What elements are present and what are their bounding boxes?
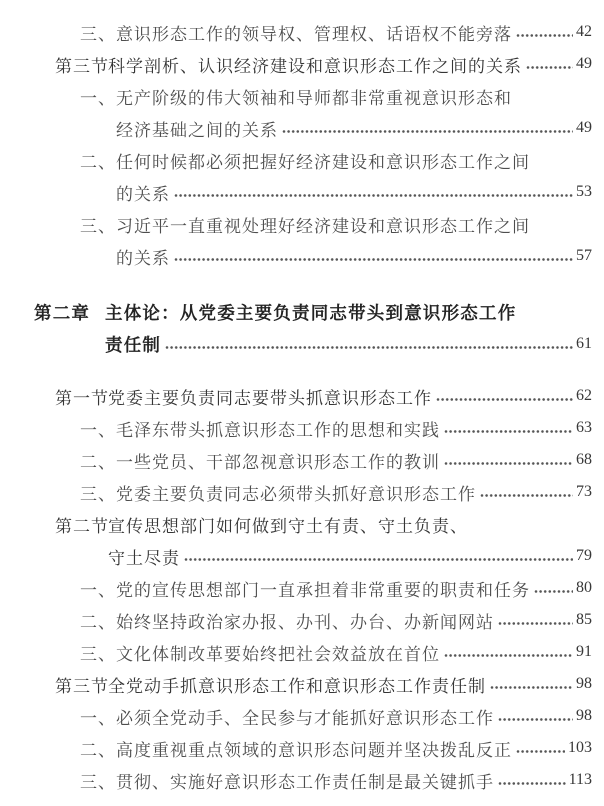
entry-text: 的关系 bbox=[116, 180, 170, 205]
dot-leader bbox=[174, 194, 573, 197]
dot-leader bbox=[184, 558, 573, 561]
entry-number: 三、 bbox=[80, 640, 116, 665]
dot-leader bbox=[498, 622, 573, 625]
entry-number: 二、 bbox=[80, 448, 116, 473]
entry-text: 的关系 bbox=[116, 244, 170, 269]
toc-item-line: 的关系57 bbox=[0, 240, 604, 272]
entry-text: 必须全党动手、全民参与才能抓好意识形态工作 bbox=[116, 704, 494, 729]
entry-text: 高度重视重点领域的意识形态问题并坚决拨乱反正 bbox=[116, 736, 512, 761]
entry-label: 第三节 bbox=[55, 52, 108, 77]
dot-leader bbox=[444, 430, 573, 433]
page-number: 68 bbox=[576, 451, 592, 469]
entry-label: 第二节 bbox=[55, 512, 108, 537]
page-number: 103 bbox=[568, 739, 592, 757]
dot-leader bbox=[534, 590, 573, 593]
page-number: 62 bbox=[576, 387, 592, 405]
toc-item-line: 二、高度重视重点领域的意识形态问题并坚决拨乱反正103 bbox=[0, 732, 604, 764]
entry-number: 二、 bbox=[80, 736, 116, 761]
toc-chapter-line: 第二章主体论：从党委主要负责同志带头到意识形态工作 bbox=[0, 296, 604, 328]
toc-section-line: 第三节全党动手抓意识形态工作和意识形态工作责任制98 bbox=[0, 668, 604, 700]
entry-number: 二、 bbox=[80, 148, 116, 173]
entry-text: 宣传思想部门如何做到守土有责、守土负责、 bbox=[108, 512, 468, 537]
entry-label: 第二章 bbox=[34, 300, 105, 325]
toc-item-line: 三、意识形态工作的领导权、管理权、话语权不能旁落42 bbox=[0, 16, 604, 48]
entry-number: 三、 bbox=[80, 212, 116, 237]
dot-leader bbox=[516, 34, 573, 37]
entry-label: 第三节 bbox=[55, 672, 108, 697]
toc-item-line: 一、无产阶级的伟大领袖和导师都非常重视意识形态和 bbox=[0, 80, 604, 112]
entry-text: 无产阶级的伟大领袖和导师都非常重视意识形态和 bbox=[116, 84, 512, 109]
entry-text: 党委主要负责同志要带头抓意识形态工作 bbox=[108, 384, 432, 409]
entry-number: 一、 bbox=[80, 704, 116, 729]
entry-text: 毛泽东带头抓意识形态工作的思想和实践 bbox=[116, 416, 440, 441]
toc-item-line: 三、党委主要负责同志必须带头抓好意识形态工作73 bbox=[0, 476, 604, 508]
book-page: 三、意识形态工作的领导权、管理权、话语权不能旁落42第三节科学剖析、认识经济建设… bbox=[0, 0, 604, 806]
dot-leader bbox=[282, 130, 573, 133]
entry-text: 主体论：从党委主要负责同志带头到意识形态工作 bbox=[105, 300, 516, 325]
page-number: 113 bbox=[569, 771, 592, 789]
dot-leader bbox=[165, 346, 573, 349]
toc-item-line: 一、必须全党动手、全民参与才能抓好意识形态工作98 bbox=[0, 700, 604, 732]
entry-text: 一些党员、干部忽视意识形态工作的教训 bbox=[116, 448, 440, 473]
dot-leader bbox=[444, 462, 573, 465]
page-number: 73 bbox=[576, 483, 592, 501]
toc-item-line: 经济基础之间的关系49 bbox=[0, 112, 604, 144]
page-number: 91 bbox=[576, 643, 592, 661]
dot-leader bbox=[444, 654, 573, 657]
entry-text: 党的宣传思想部门一直承担着非常重要的职责和任务 bbox=[116, 576, 530, 601]
page-number: 53 bbox=[576, 183, 592, 201]
entry-text: 任何时候都必须把握好经济建设和意识形态工作之间 bbox=[116, 148, 530, 173]
toc-item-line: 一、党的宣传思想部门一直承担着非常重要的职责和任务80 bbox=[0, 572, 604, 604]
entry-number: 二、 bbox=[80, 608, 116, 633]
dot-leader bbox=[526, 66, 573, 69]
page-number: 79 bbox=[576, 547, 592, 565]
entry-text: 守土尽责 bbox=[108, 544, 180, 569]
dot-leader bbox=[498, 782, 566, 785]
entry-number: 一、 bbox=[80, 576, 116, 601]
toc-item-line: 三、贯彻、实施好意识形态工作责任制是最关键抓手113 bbox=[0, 764, 604, 796]
toc-item-line: 三、文化体制改革要始终把社会效益放在首位91 bbox=[0, 636, 604, 668]
toc-item-line: 三、习近平一直重视处理好经济建设和意识形态工作之间 bbox=[0, 208, 604, 240]
page-number: 98 bbox=[576, 707, 592, 725]
toc-item-line: 二、任何时候都必须把握好经济建设和意识形态工作之间 bbox=[0, 144, 604, 176]
toc-item-line: 的关系53 bbox=[0, 176, 604, 208]
entry-number: 三、 bbox=[80, 480, 116, 505]
toc-chapter-line: 责任制61 bbox=[0, 328, 604, 360]
entry-text: 责任制 bbox=[105, 332, 161, 357]
toc-item-line: 二、一些党员、干部忽视意识形态工作的教训68 bbox=[0, 444, 604, 476]
dot-leader bbox=[498, 718, 573, 721]
dot-leader bbox=[516, 750, 565, 753]
page-number: 63 bbox=[576, 419, 592, 437]
dot-leader bbox=[490, 686, 573, 689]
toc-item-line: 二、始终坚持政治家办报、办刊、办台、办新闻网站85 bbox=[0, 604, 604, 636]
toc-section-line: 第三节科学剖析、认识经济建设和意识形态工作之间的关系49 bbox=[0, 48, 604, 80]
page-number: 61 bbox=[576, 335, 592, 353]
entry-text: 文化体制改革要始终把社会效益放在首位 bbox=[116, 640, 440, 665]
entry-text: 党委主要负责同志必须带头抓好意识形态工作 bbox=[116, 480, 476, 505]
entry-text: 始终坚持政治家办报、办刊、办台、办新闻网站 bbox=[116, 608, 494, 633]
entry-text: 意识形态工作的领导权、管理权、话语权不能旁落 bbox=[116, 20, 512, 45]
toc-section-line: 第二节宣传思想部门如何做到守土有责、守土负责、 bbox=[0, 508, 604, 540]
page-number: 85 bbox=[576, 611, 592, 629]
page-number: 49 bbox=[576, 55, 592, 73]
entry-text: 经济基础之间的关系 bbox=[116, 116, 278, 141]
page-number: 98 bbox=[576, 675, 592, 693]
dot-leader bbox=[480, 494, 573, 497]
page-number: 80 bbox=[576, 579, 592, 597]
entry-text: 习近平一直重视处理好经济建设和意识形态工作之间 bbox=[116, 212, 530, 237]
dot-leader bbox=[436, 398, 573, 401]
toc-item-line: 一、毛泽东带头抓意识形态工作的思想和实践63 bbox=[0, 412, 604, 444]
toc-section-line: 守土尽责79 bbox=[0, 540, 604, 572]
entry-text: 贯彻、实施好意识形态工作责任制是最关键抓手 bbox=[116, 768, 494, 793]
entry-label: 第一节 bbox=[55, 384, 108, 409]
entry-number: 一、 bbox=[80, 84, 116, 109]
page-number: 49 bbox=[576, 119, 592, 137]
entry-number: 三、 bbox=[80, 768, 116, 793]
entry-number: 三、 bbox=[80, 20, 116, 45]
page-number: 57 bbox=[576, 247, 592, 265]
entry-text: 科学剖析、认识经济建设和意识形态工作之间的关系 bbox=[108, 52, 522, 77]
page-number: 42 bbox=[576, 23, 592, 41]
dot-leader bbox=[174, 258, 573, 261]
toc-list: 三、意识形态工作的领导权、管理权、话语权不能旁落42第三节科学剖析、认识经济建设… bbox=[0, 16, 604, 796]
entry-text: 全党动手抓意识形态工作和意识形态工作责任制 bbox=[108, 672, 486, 697]
toc-section-line: 第一节党委主要负责同志要带头抓意识形态工作62 bbox=[0, 380, 604, 412]
entry-number: 一、 bbox=[80, 416, 116, 441]
